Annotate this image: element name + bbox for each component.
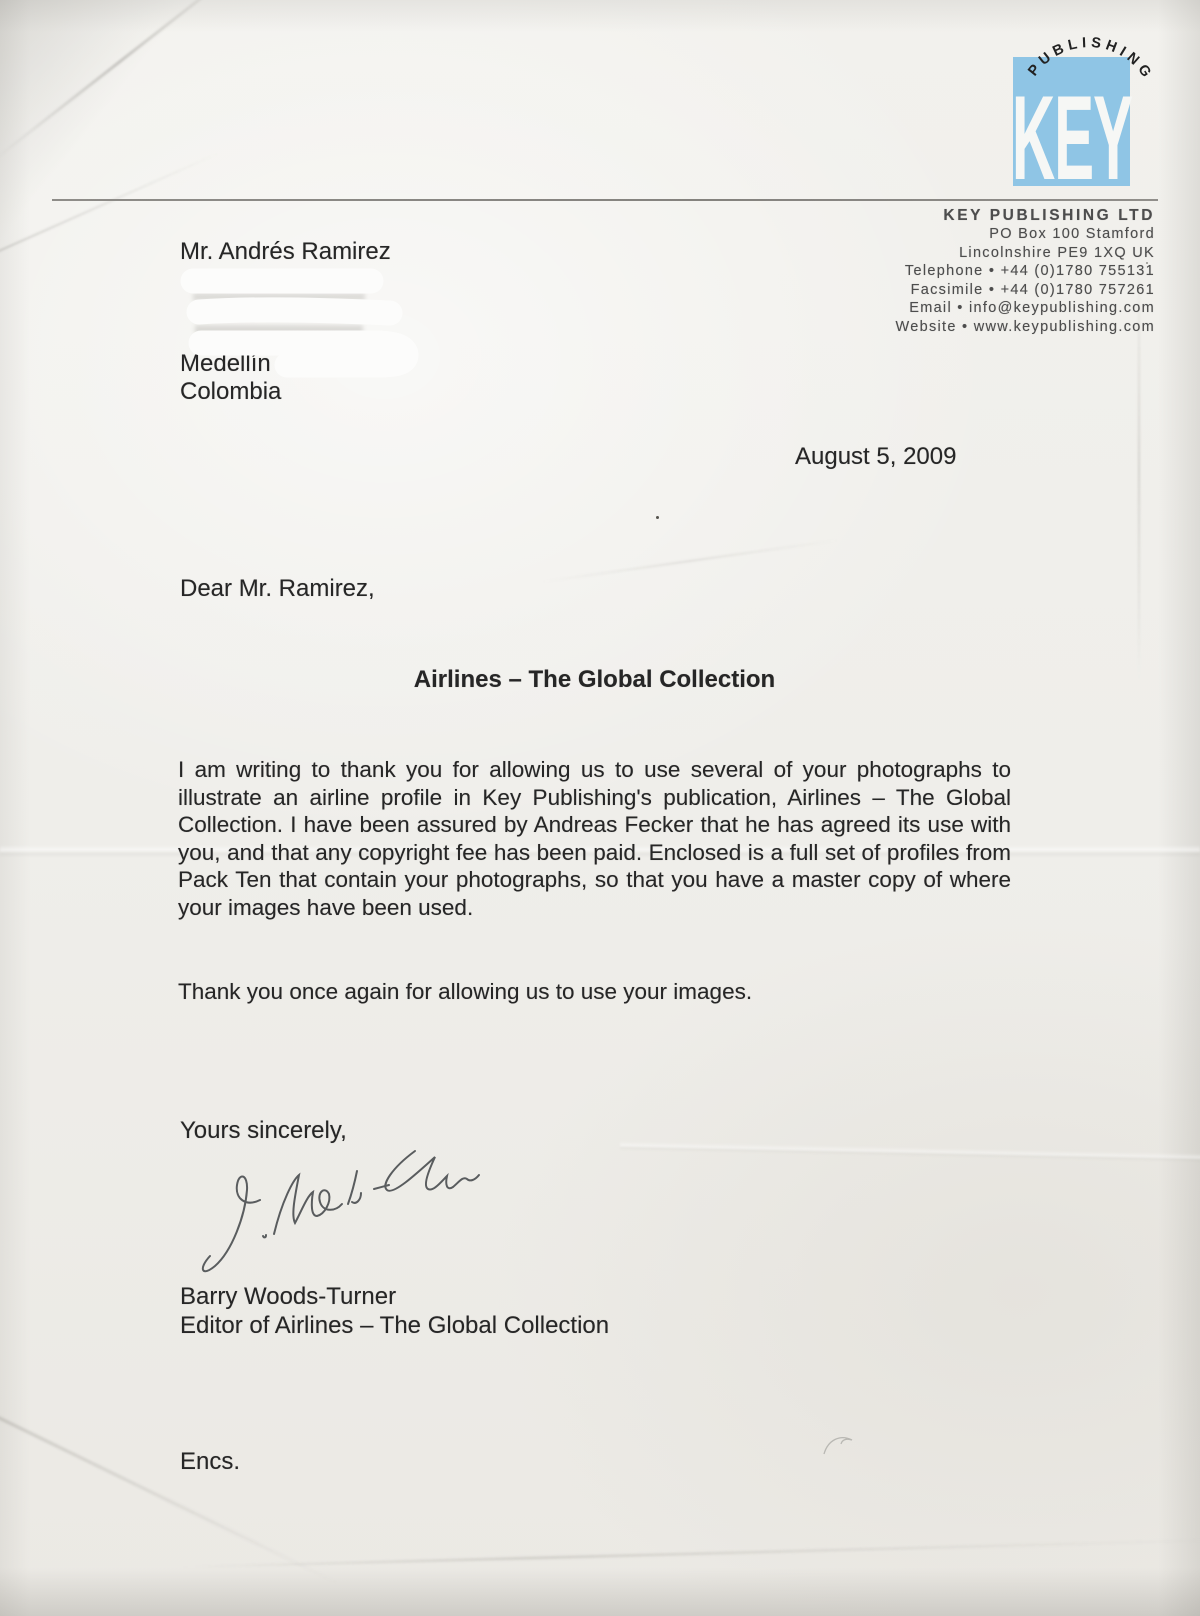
company-telephone: Telephone • +44 (0)1780 755131	[896, 262, 1155, 281]
paper-crease	[620, 1142, 1200, 1163]
paper-crease	[180, 1538, 1200, 1568]
key-publishing-logo: KEY PUBLISHING	[995, 15, 1180, 215]
subject-line: Airlines – The Global Collection	[178, 666, 1011, 694]
company-email: Email • info@keypublishing.com	[896, 299, 1155, 318]
signer-name: Barry Woods-Turner	[180, 1283, 396, 1311]
body-paragraph-1: I am writing to thank you for allowing u…	[178, 756, 1011, 922]
enclosures-note: Encs.	[180, 1448, 240, 1476]
handwritten-signature	[200, 1138, 490, 1283]
scanned-letter-page: KEY PUBLISHING KEY PUBLISHING LTD PO Box…	[0, 0, 1200, 1616]
letterhead-rule	[52, 199, 1158, 201]
body-paragraph-2: Thank you once again for allowing us to …	[178, 978, 1011, 1006]
logo-key-text: KEY	[1012, 71, 1133, 205]
stray-pen-mark	[822, 1432, 872, 1462]
company-name: KEY PUBLISHING LTD	[896, 206, 1155, 225]
company-address-line: PO Box 100 Stamford	[896, 225, 1155, 244]
address-redaction	[165, 255, 430, 390]
salutation: Dear Mr. Ramirez,	[180, 575, 375, 603]
letterhead-block: KEY PUBLISHING LTD PO Box 100 Stamford L…	[896, 206, 1155, 337]
paper-crease	[0, 1398, 339, 1585]
company-address-line: Lincolnshire PE9 1XQ UK	[896, 244, 1155, 263]
company-website: Website • www.keypublishing.com	[896, 318, 1155, 337]
company-facsimile: Facsimile • +44 (0)1780 757261	[896, 281, 1155, 300]
paper-crease	[541, 539, 838, 583]
paper-crease	[0, 0, 247, 161]
letter-date: August 5, 2009	[795, 443, 956, 471]
paper-speck	[656, 516, 659, 519]
signer-title: Editor of Airlines – The Global Collecti…	[180, 1312, 609, 1340]
